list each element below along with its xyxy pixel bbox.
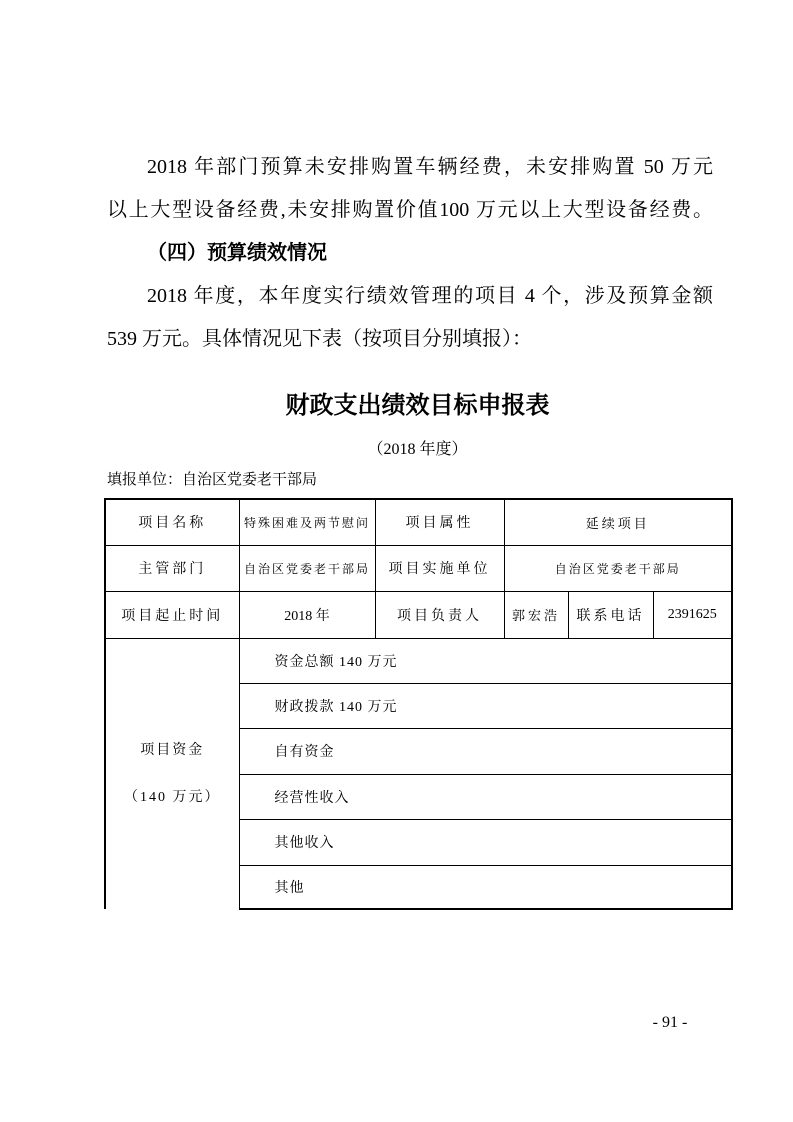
cell-leader-value: 郭宏浩 xyxy=(504,591,568,638)
cell-department-label: 主管部门 xyxy=(105,545,239,591)
page-number: - 91 - xyxy=(620,1014,720,1032)
paragraph-2-line-1: 2018 年度，本年度实行绩效管理的项目 4 个，涉及预算金额 xyxy=(107,275,713,318)
table-row-fund-total: 项目资金 （140 万元） 资金总额 140 万元 xyxy=(105,638,732,683)
cell-duration-value: 2018 年 xyxy=(239,591,375,638)
cell-project-attribute-value: 延续项目 xyxy=(504,499,732,545)
cell-implement-unit-label: 项目实施单位 xyxy=(375,545,504,591)
section-heading: （四）预算绩效情况 xyxy=(107,232,713,275)
cell-phone-label: 联系电话 xyxy=(568,591,653,638)
document-page: 2018 年部门预算未安排购置车辆经费，未安排购置 50 万元 以上大型设备经费… xyxy=(0,0,793,1122)
paragraph-1-line-2: 以上大型设备经费,未安排购置价值100 万元以上大型设备经费。 xyxy=(107,189,713,232)
form-title: 财政支出绩效目标申报表 xyxy=(104,386,731,426)
body-text-block: 2018 年部门预算未安排购置车辆经费，未安排购置 50 万元 以上大型设备经费… xyxy=(107,146,713,361)
cell-fiscal-allocation: 财政拨款 140 万元 xyxy=(239,683,732,728)
cell-other: 其他 xyxy=(239,865,732,909)
cell-implement-unit-value: 自治区党委老干部局 xyxy=(504,545,732,591)
cell-phone-value: 2391625 xyxy=(653,591,732,638)
table-row-duration: 项目起止时间 2018 年 项目负责人 郭宏浩 联系电话 2391625 xyxy=(105,591,732,638)
paragraph-2-line-2: 539 万元。具体情况见下表（按项目分别填报）： xyxy=(107,318,713,361)
cell-project-fund-label: 项目资金 （140 万元） xyxy=(105,638,239,909)
cell-project-attribute-label: 项目属性 xyxy=(375,499,504,545)
table-row-department: 主管部门 自治区党委老干部局 项目实施单位 自治区党委老干部局 xyxy=(105,545,732,591)
cell-project-name-label: 项目名称 xyxy=(105,499,239,545)
cell-duration-label: 项目起止时间 xyxy=(105,591,239,638)
cell-fund-total: 资金总额 140 万元 xyxy=(239,638,732,683)
project-fund-label-line-2: （140 万元） xyxy=(106,774,239,821)
table-row-project-name: 项目名称 特殊困难及两节慰问 项目属性 延续项目 xyxy=(105,499,732,545)
cell-operating-income: 经营性收入 xyxy=(239,774,732,819)
cell-department-value: 自治区党委老干部局 xyxy=(239,545,375,591)
cell-leader-label: 项目负责人 xyxy=(375,591,504,638)
project-fund-label-line-1: 项目资金 xyxy=(106,727,239,774)
performance-target-table: 项目名称 特殊困难及两节慰问 项目属性 延续项目 主管部门 自治区党委老干部局 … xyxy=(104,498,733,910)
cell-other-income: 其他收入 xyxy=(239,819,732,865)
form-subtitle: （2018 年度） xyxy=(104,436,731,464)
cell-own-funds: 自有资金 xyxy=(239,728,732,774)
paragraph-1-line-1: 2018 年部门预算未安排购置车辆经费，未安排购置 50 万元 xyxy=(107,146,713,189)
reporting-unit-line: 填报单位：自治区党委老干部局 xyxy=(107,466,317,494)
cell-project-name-value: 特殊困难及两节慰问 xyxy=(239,499,375,545)
